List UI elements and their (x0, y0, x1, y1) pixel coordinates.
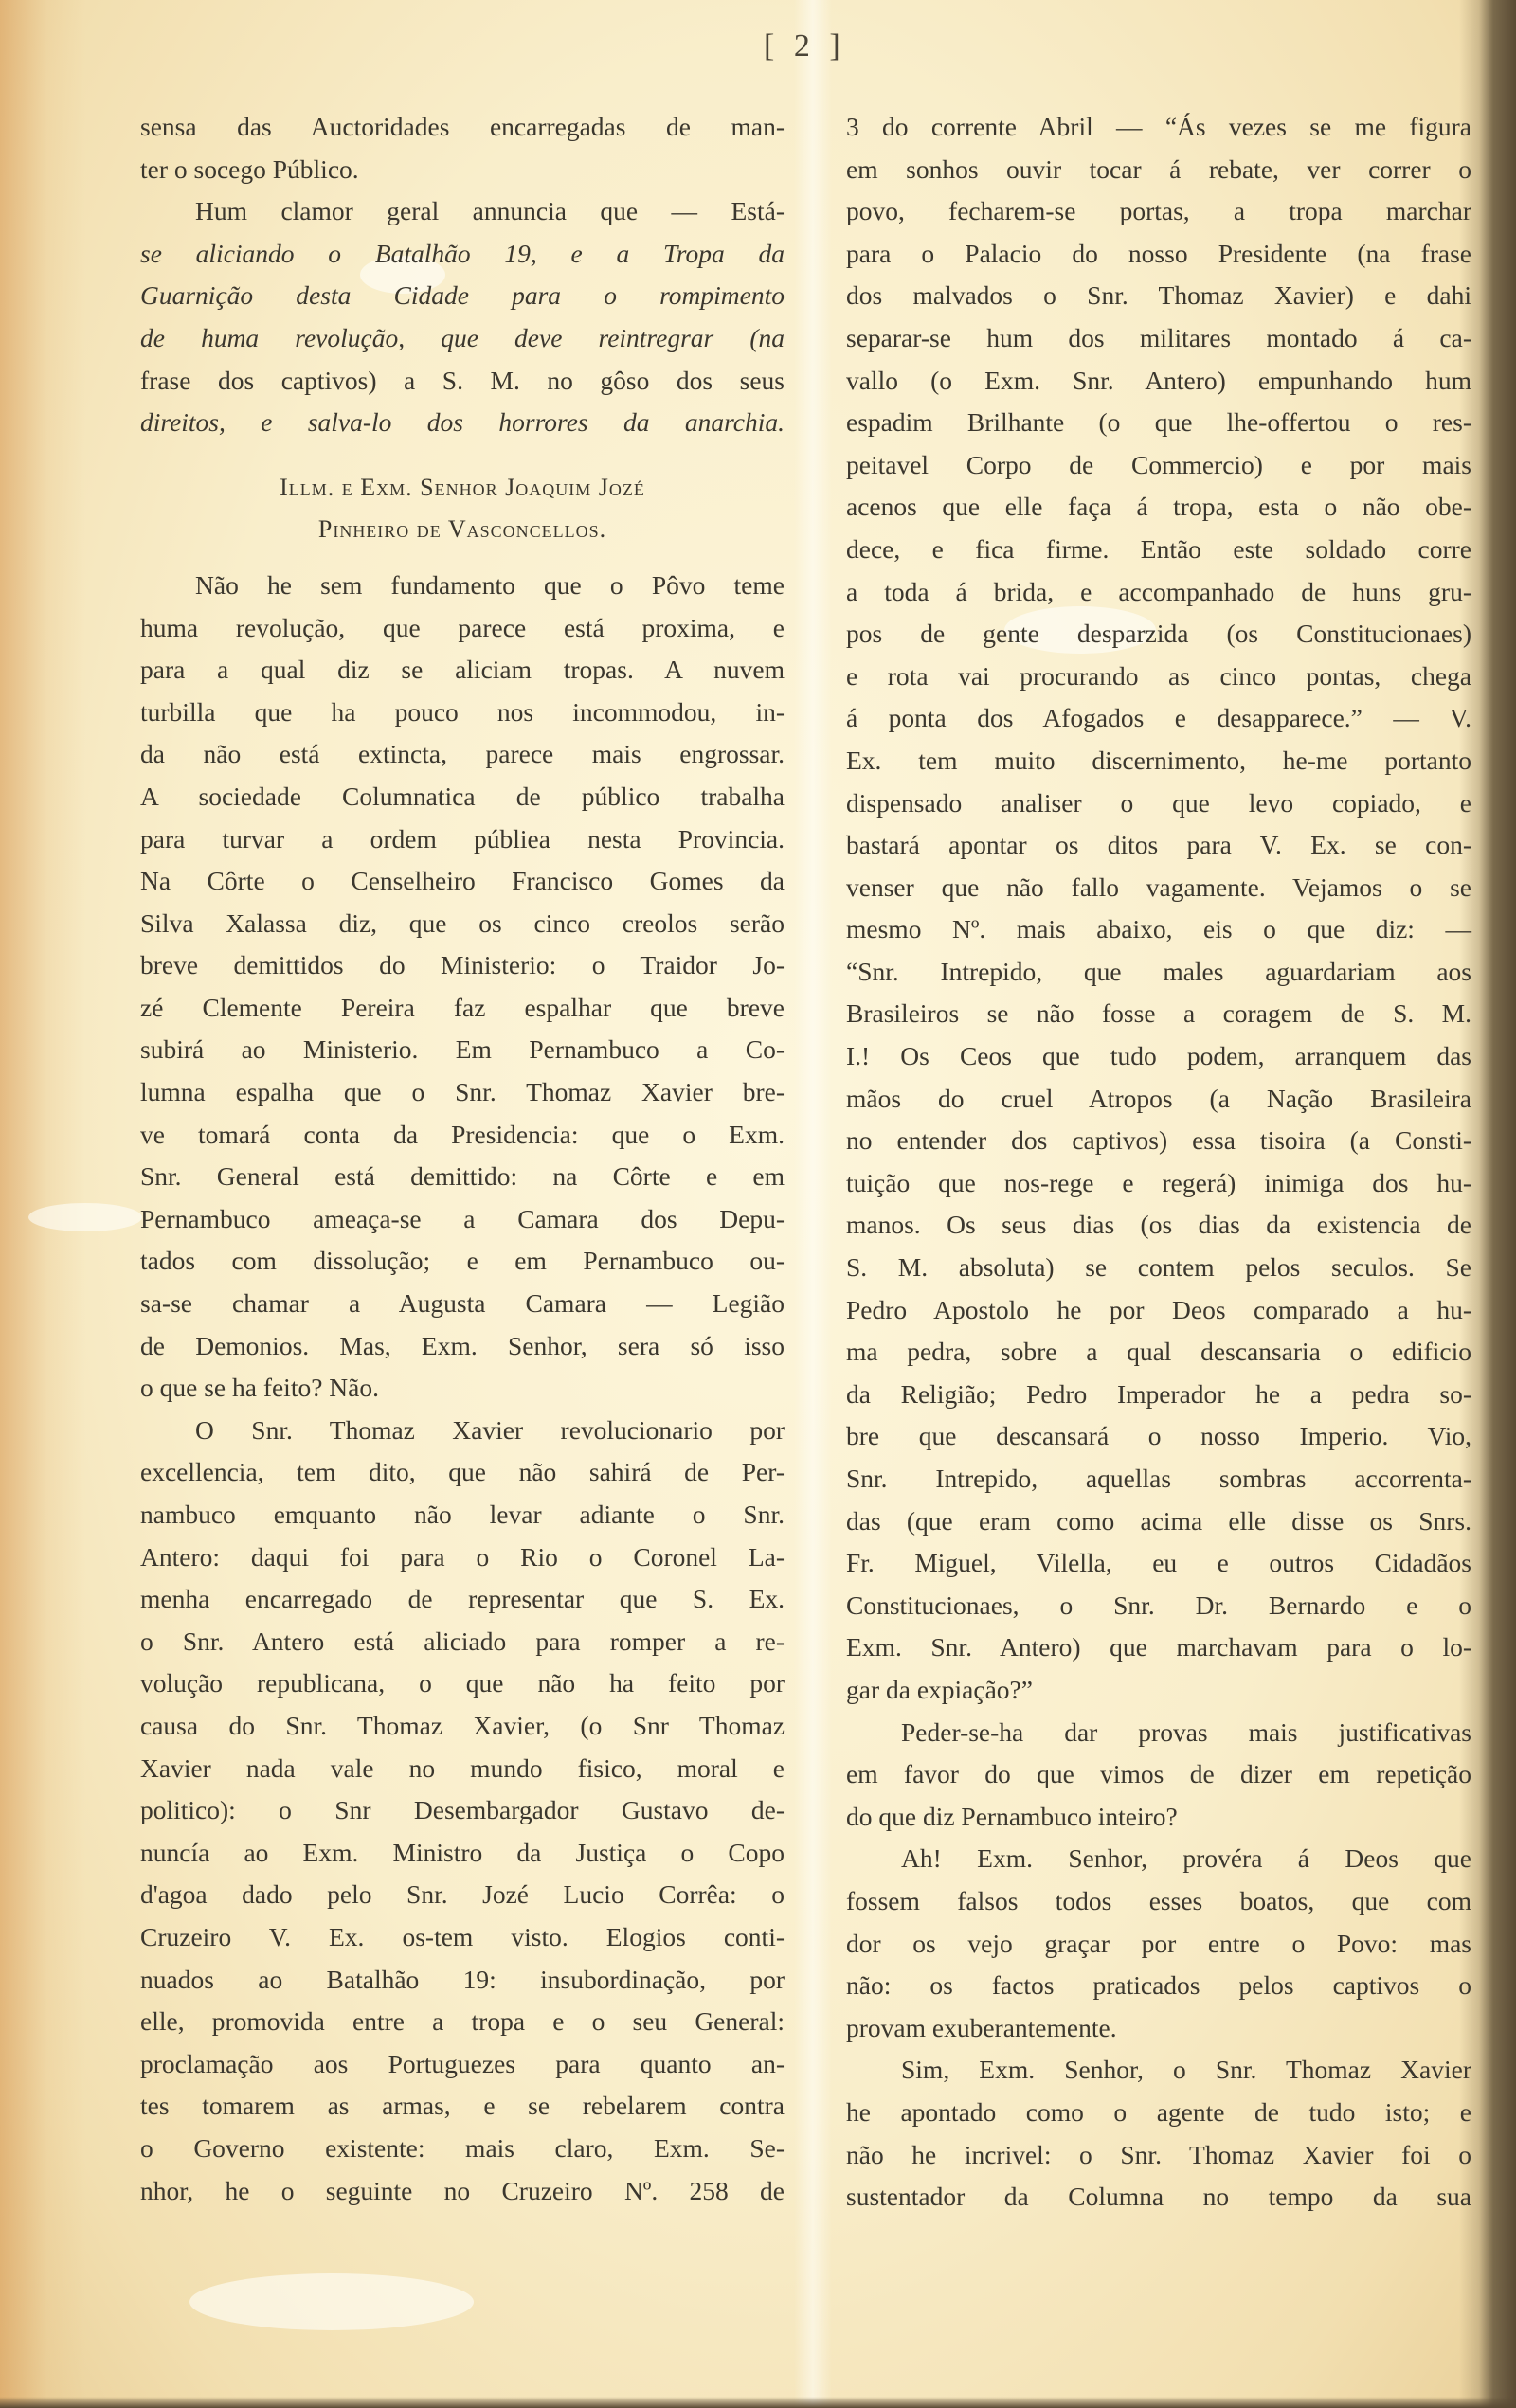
text-line: a toda á brida, e accompanhado de huns g… (846, 571, 1471, 614)
text-line: ter o socego Público. (140, 149, 785, 191)
text-line: em sonhos ouvir tocar á rebate, ver corr… (846, 149, 1471, 191)
text-line: da não está extincta, parece mais engros… (140, 733, 785, 776)
text-line: huma revolução, que parece está proxima,… (140, 607, 785, 650)
text-line: sa-se chamar a Augusta Camara — Legião (140, 1283, 785, 1325)
text-line: nambuco emquanto não levar adiante o Snr… (140, 1494, 785, 1536)
right-paragraph-1: 3 do corrente Abril — “Ás vezes se me fi… (846, 106, 1471, 1712)
left-paragraph-2: Hum clamor geral annuncia que — Está- se… (140, 190, 785, 444)
text-line: proclamação aos Portuguezes para quanto … (140, 2043, 785, 2086)
heading-line: Pinheiro de Vasconcellos. (140, 509, 785, 551)
text-line: Fr. Miguel, Vilella, eu e outros Cidadão… (846, 1542, 1471, 1585)
heading-line: Illm. e Exm. Senhor Joaquim Jozé (140, 467, 785, 510)
text-line: excellencia, tem dito, que não sahirá de… (140, 1451, 785, 1494)
text-line: não: os factos praticados pelos captivos… (846, 1965, 1471, 2007)
text-line: dece, e fica firme. Então este soldado c… (846, 529, 1471, 571)
text-line: pos de gente desparzida (os Constitucion… (846, 613, 1471, 656)
right-paragraph-4: Sim, Exm. Senhor, o Snr. Thomaz Xavier h… (846, 2049, 1471, 2218)
text-line: breve demittidos do Ministerio: o Traido… (140, 944, 785, 987)
spacer (140, 444, 785, 467)
paper-fold-line (794, 0, 832, 2408)
text-line: Exm. Snr. Antero) que marchavam para o l… (846, 1626, 1471, 1669)
text-line: sensa das Auctoridades encarregadas de m… (140, 106, 785, 149)
text-line: politico): o Snr Desembargador Gustavo d… (140, 1789, 785, 1832)
text-line: mesmo Nº. mais abaixo, eis o que diz: — (846, 908, 1471, 951)
text-line: ve tomará conta da Presidencia: que o Ex… (140, 1114, 785, 1157)
scanned-page: [ 2 ] sensa das Auctoridades encarregada… (0, 0, 1516, 2408)
text-line: lumna espalha que o Snr. Thomaz Xavier b… (140, 1071, 785, 1114)
text-line: Peder-se-ha dar provas mais justificativ… (846, 1712, 1471, 1754)
text-line: S. M. absoluta) se contem pelos seculos.… (846, 1247, 1471, 1289)
text-line: Na Côrte o Censelheiro Francisco Gomes d… (140, 860, 785, 903)
text-line: 3 do corrente Abril — “Ás vezes se me fi… (846, 106, 1471, 149)
text-line: tes tomarem as armas, e se rebelarem con… (140, 2085, 785, 2128)
right-column: 3 do corrente Abril — “Ás vezes se me fi… (846, 106, 1471, 2219)
text-line: frase dos captivos) a S. M. no gôso dos … (140, 360, 785, 403)
text-line: nuados ao Batalhão 19: insubordinação, p… (140, 1959, 785, 2002)
text-line: separar-se hum dos militares montado á c… (846, 317, 1471, 360)
spacer (140, 551, 785, 565)
text-line: Sim, Exm. Senhor, o Snr. Thomaz Xavier (846, 2049, 1471, 2092)
text-line: A sociedade Columnatica de público traba… (140, 776, 785, 818)
left-paragraph-1: sensa das Auctoridades encarregadas de m… (140, 106, 785, 190)
text-line: o Governo existente: mais claro, Exm. Se… (140, 2128, 785, 2170)
text-line: causa do Snr. Thomaz Xavier, (o Snr Thom… (140, 1705, 785, 1748)
text-line: Guarnição desta Cidade para o rompimento (140, 275, 785, 317)
text-line: Cruzeiro V. Ex. os-tem visto. Elogios co… (140, 1916, 785, 1959)
text-line: de Demonios. Mas, Exm. Senhor, sera só i… (140, 1325, 785, 1368)
left-paragraph-3: Não he sem fundamento que o Pôvo teme hu… (140, 565, 785, 1410)
page-number: [ 2 ] (764, 28, 846, 64)
text-line: peitavel Corpo de Commercio) e por mais (846, 444, 1471, 487)
text-line: Ex. tem muito discernimento, he-me porta… (846, 740, 1471, 782)
text-line: gar da expiação?” (846, 1669, 1471, 1712)
text-line: tuição que nos-rege e regerá) inimiga do… (846, 1162, 1471, 1205)
text-line: Snr. General está demittido: na Côrte e … (140, 1156, 785, 1198)
text-line: Pedro Apostolo he por Deos comparado a h… (846, 1289, 1471, 1332)
text-line: em favor do que vimos de dizer em repeti… (846, 1753, 1471, 1796)
text-line: bastará apontar os ditos para V. Ex. se … (846, 824, 1471, 867)
text-line: Hum clamor geral annuncia que — Está- (140, 190, 785, 233)
text-line: á ponta dos Afogados e desapparece.” — V… (846, 697, 1471, 740)
text-line: d'agoa dado pelo Snr. Jozé Lucio Corrêa:… (140, 1874, 785, 1916)
text-line: das (que eram como acima elle disse os S… (846, 1501, 1471, 1543)
text-line: dor os vejo graçar por entre o Povo: mas (846, 1923, 1471, 1966)
text-line: venser que não fallo vagamente. Vejamos … (846, 867, 1471, 909)
text-line: de huma revolução, que deve reintregrar … (140, 317, 785, 360)
text-line: direitos, e salva-lo dos horrores da ana… (140, 402, 785, 444)
text-line: Snr. Intrepido, aquellas sombras accorre… (846, 1458, 1471, 1501)
text-line: Não he sem fundamento que o Pôvo teme (140, 565, 785, 607)
text-line: no entender dos captivos) essa tisoira (… (846, 1120, 1471, 1162)
text-line: mãos do cruel Atropos (a Nação Brasileir… (846, 1078, 1471, 1121)
aged-left-edge (0, 0, 85, 2408)
text-line: menha encarregado de representar que S. … (140, 1578, 785, 1621)
left-paragraph-4: O Snr. Thomaz Xavier revolucionario por … (140, 1410, 785, 2212)
text-line: acenos que elle faça á tropa, esta o não… (846, 486, 1471, 529)
text-line: Antero: daqui foi para o Rio o Coronel L… (140, 1536, 785, 1579)
right-paragraph-3: Ah! Exm. Senhor, provéra á Deos que foss… (846, 1838, 1471, 2049)
text-line: elle, promovida entre a tropa e o seu Ge… (140, 2001, 785, 2043)
text-line: provam exuberantemente. (846, 2007, 1471, 2050)
right-paragraph-2: Peder-se-ha dar provas mais justificativ… (846, 1712, 1471, 1839)
text-line: Brasileiros se não fosse a coragem de S.… (846, 993, 1471, 1035)
text-line: do que diz Pernambuco inteiro? (846, 1796, 1471, 1839)
text-line: Constitucionaes, o Snr. Dr. Bernardo e o (846, 1585, 1471, 1627)
text-line: da Religião; Pedro Imperador he a pedra … (846, 1374, 1471, 1416)
text-line: para turvar a ordem públiea nesta Provin… (140, 818, 785, 861)
text-line: I.! Os Ceos que tudo podem, arranquem da… (846, 1035, 1471, 1078)
text-line: o Snr. Antero está aliciado para romper … (140, 1621, 785, 1663)
text-line: nhor, he o seguinte no Cruzeiro Nº. 258 … (140, 2170, 785, 2213)
text-line: he apontado como o agente de tudo isto; … (846, 2092, 1471, 2134)
text-line: Ah! Exm. Senhor, provéra á Deos que (846, 1838, 1471, 1880)
text-line: nuncía ao Exm. Ministro da Justiça o Cop… (140, 1832, 785, 1875)
text-line: manos. Os seus dias (os dias da existenc… (846, 1204, 1471, 1247)
text-line: vallo (o Exm. Snr. Antero) empunhando hu… (846, 360, 1471, 403)
text-line: ma pedra, sobre a qual descansaria o edi… (846, 1331, 1471, 1374)
text-line: turbilla que ha pouco nos incommodou, in… (140, 692, 785, 734)
text-line: Xavier nada vale no mundo fisico, moral … (140, 1748, 785, 1790)
paper-stain (28, 1203, 142, 1231)
text-line: “Snr. Intrepido, que males aguardariam a… (846, 951, 1471, 994)
paper-stain (189, 2273, 474, 2330)
text-line: zé Clemente Pereira faz espalhar que bre… (140, 987, 785, 1030)
text-line: dos malvados o Snr. Thomaz Xavier) e dah… (846, 275, 1471, 317)
text-line: e rota vai procurando as cinco pontas, c… (846, 656, 1471, 698)
text-line: povo, fecharem-se portas, a tropa marcha… (846, 190, 1471, 233)
text-line: O Snr. Thomaz Xavier revolucionario por (140, 1410, 785, 1452)
text-line: bre que descansará o nosso Imperio. Vio, (846, 1415, 1471, 1458)
text-line: espadim Brilhante (o que lhe-offertou o … (846, 402, 1471, 444)
text-line: subirá ao Ministerio. Em Pernambuco a Co… (140, 1029, 785, 1071)
text-line: tados com dissolução; e em Pernambuco ou… (140, 1240, 785, 1283)
text-line: o que se ha feito? Não. (140, 1367, 785, 1410)
text-line: se aliciando o Batalhão 19, e a Tropa da (140, 233, 785, 276)
text-line: fossem falsos todos esses boatos, que co… (846, 1880, 1471, 1923)
text-line: volução republicana, o que não ha feito … (140, 1662, 785, 1705)
address-heading: Illm. e Exm. Senhor Joaquim Jozé Pinheir… (140, 467, 785, 551)
bottom-shadow-edge (0, 2397, 1516, 2408)
left-column: sensa das Auctoridades encarregadas de m… (140, 106, 785, 2212)
text-line: para o Palacio do nosso Presidente (na f… (846, 233, 1471, 276)
text-line: sustentador da Columna no tempo da sua (846, 2176, 1471, 2219)
text-line: para a qual diz se aliciam tropas. A nuv… (140, 649, 785, 692)
text-line: dispensado analiser o que levo copiado, … (846, 782, 1471, 825)
text-line: não he incrivel: o Snr. Thomaz Xavier fo… (846, 2134, 1471, 2177)
text-line: Silva Xalassa diz, que os cinco creolos … (140, 903, 785, 945)
text-line: Pernambuco ameaça-se a Camara dos Depu- (140, 1198, 785, 1241)
